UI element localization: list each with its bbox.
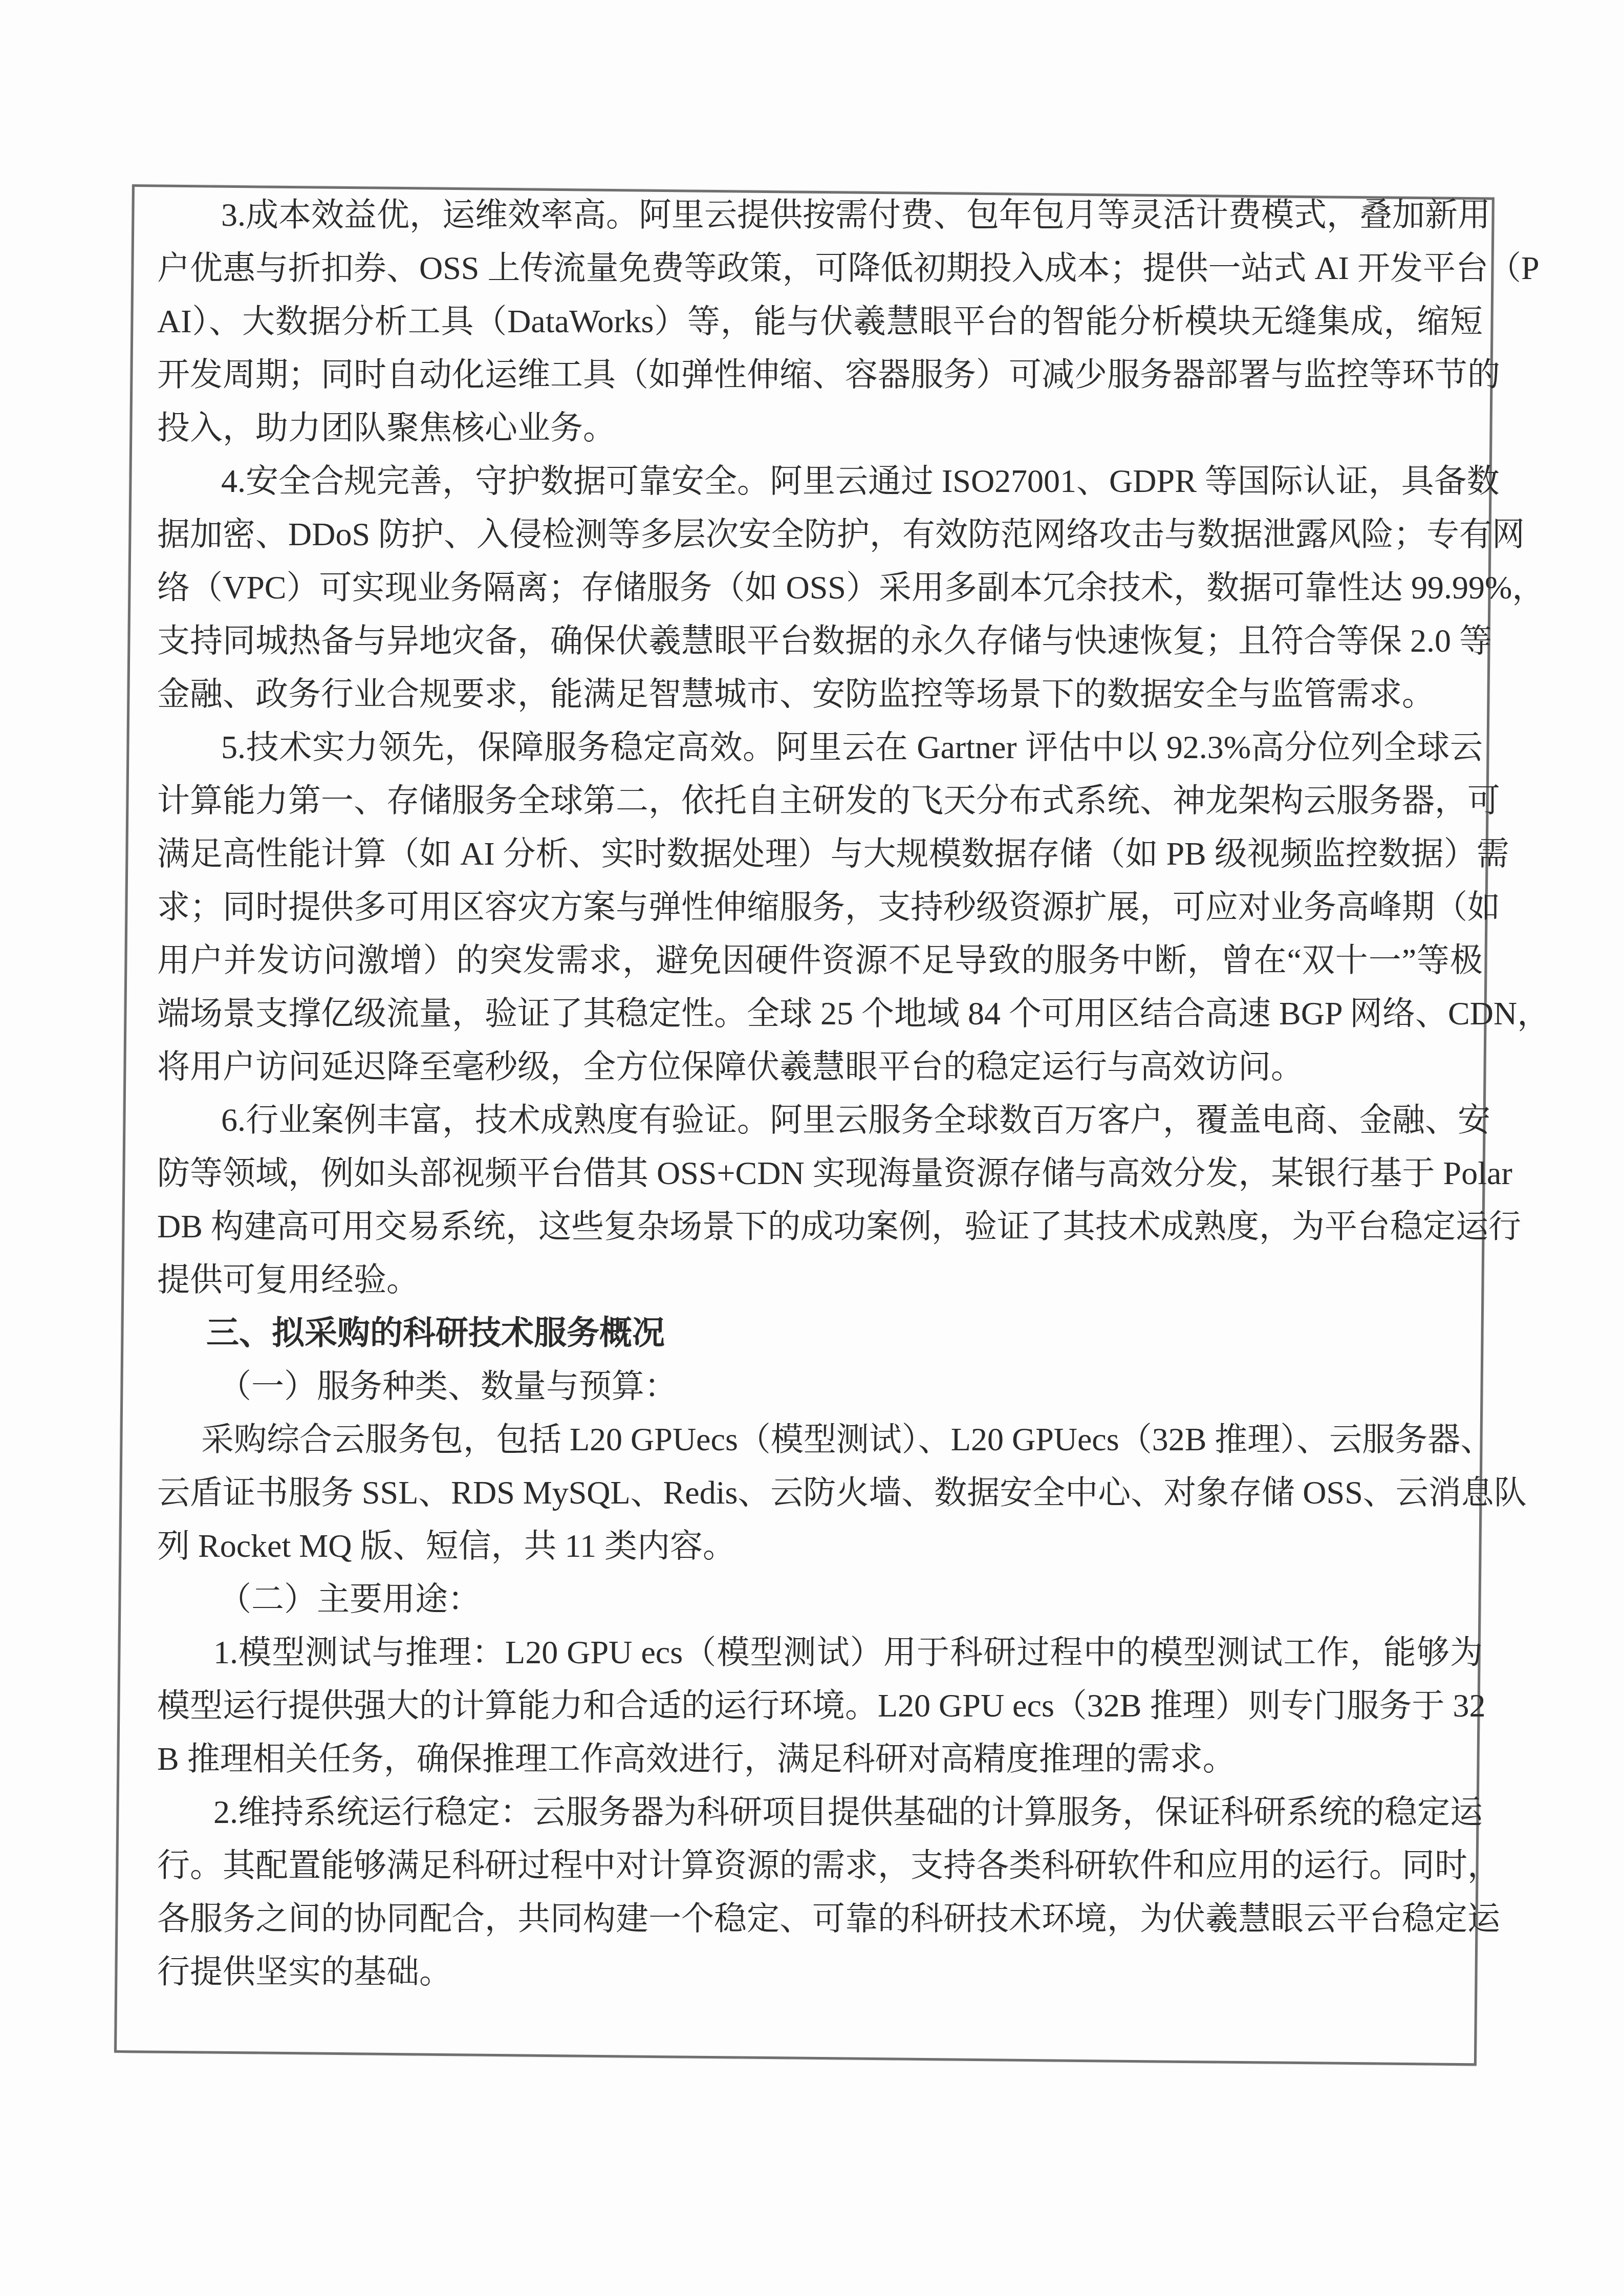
text-line: 2.维持系统运行稳定：云服务器为科研项目提供基础的计算服务，保证科研系统的稳定运 [157, 1786, 1483, 1839]
text-line: 6.行业案例丰富，技术成熟度有验证。阿里云服务全球数百万客户，覆盖电商、金融、安 [157, 1093, 1483, 1147]
text-line: 投入，助力团队聚焦核心业务。 [157, 401, 1483, 455]
paragraph-system-stability: 2.维持系统运行稳定：云服务器为科研项目提供基础的计算服务，保证科研系统的稳定运… [157, 1786, 1483, 1999]
text-line: 列 Rocket MQ 版、短信，共 11 类内容。 [157, 1519, 1483, 1573]
text-line: B 推理相关任务，确保推理工作高效进行，满足科研对高精度推理的需求。 [157, 1732, 1483, 1786]
text-line: 5.技术实力领先，保障服务稳定高效。阿里云在 Gartner 评估中以 92.3… [157, 721, 1483, 774]
text-line: AI）、大数据分析工具（DataWorks）等，能与伏羲慧眼平台的智能分析模块无… [157, 295, 1483, 348]
text-line: 行。其配置能够满足科研过程中对计算资源的需求，支持各类科研软件和应用的运行。同时… [157, 1839, 1483, 1892]
text-line: 支持同城热备与异地灾备，确保伏羲慧眼平台数据的永久存储与快速恢复；且符合等保 2… [157, 614, 1483, 668]
text-line: 采购综合云服务包，包括 L20 GPUecs（模型测试）、L20 GPUecs（… [157, 1413, 1483, 1466]
text-line: 云盾证书服务 SSL、RDS MySQL、Redis、云防火墙、数据安全中心、对… [157, 1466, 1483, 1519]
section-title: 三、拟采购的科研技术服务概况 [157, 1306, 1483, 1360]
paragraph-industry-cases: 6.行业案例丰富，技术成熟度有验证。阿里云服务全球数百万客户，覆盖电商、金融、安… [157, 1093, 1483, 1306]
section-heading: 三、拟采购的科研技术服务概况 [157, 1306, 1483, 1360]
text-line: 端场景支撑亿级流量，验证了其稳定性。全球 25 个地域 84 个可用区结合高速 … [157, 987, 1483, 1040]
text-line: 满足高性能计算（如 AI 分析、实时数据处理）与大规模数据存储（如 PB 级视频… [157, 827, 1483, 881]
text-line: 据加密、DDoS 防护、入侵检测等多层次安全防护，有效防范网络攻击与数据泄露风险… [157, 508, 1483, 561]
text-line: 金融、政务行业合规要求，能满足智慧城市、安防监控等场景下的数据安全与监管需求。 [157, 668, 1483, 721]
text-line: 求；同时提供多可用区容灾方案与弹性伸缩服务，支持秒级资源扩展，可应对业务高峰期（… [157, 881, 1483, 934]
subsection-heading: （一）服务种类、数量与预算： [157, 1360, 1483, 1413]
text-line: 将用户访问延迟降至毫秒级，全方位保障伏羲慧眼平台的稳定运行与高效访问。 [157, 1040, 1483, 1093]
paragraph-service-list: 采购综合云服务包，包括 L20 GPUecs（模型测试）、L20 GPUecs（… [157, 1413, 1483, 1573]
text-line: 各服务之间的协同配合，共同构建一个稳定、可靠的科研技术环境，为伏羲慧眼云平台稳定… [157, 1892, 1483, 1945]
text-line: 提供可复用经验。 [157, 1253, 1483, 1306]
text-line: 计算能力第一、存储服务全球第二，依托自主研发的飞天分布式系统、神龙架构云服务器，… [157, 774, 1483, 827]
text-line: 3.成本效益优，运维效率高。阿里云提供按需付费、包年包月等灵活计费模式，叠加新用 [157, 188, 1483, 242]
text-line: 模型运行提供强大的计算能力和合适的运行环境。L20 GPU ecs（32B 推理… [157, 1679, 1483, 1732]
text-line: 络（VPC）可实现业务隔离；存储服务（如 OSS）采用多副本冗余技术，数据可靠性… [157, 561, 1483, 614]
text-line: 户优惠与折扣券、OSS 上传流量免费等政策，可降低初期投入成本；提供一站式 AI… [157, 242, 1483, 295]
subsection-heading: （二）主要用途： [157, 1573, 1483, 1626]
paragraph-model-testing: 1.模型测试与推理：L20 GPU ecs（模型测试）用于科研过程中的模型测试工… [157, 1626, 1483, 1786]
text-line: DB 构建高可用交易系统，这些复杂场景下的成功案例，验证了其技术成熟度，为平台稳… [157, 1200, 1483, 1253]
text-line: 4.安全合规完善，守护数据可靠安全。阿里云通过 ISO27001、GDPR 等国… [157, 455, 1483, 508]
subsection-title: （二）主要用途： [157, 1573, 1483, 1626]
text-line: 防等领域，例如头部视频平台借其 OSS+CDN 实现海量资源存储与高效分发，某银… [157, 1147, 1483, 1200]
scanned-page: 3.成本效益优，运维效率高。阿里云提供按需付费、包年包月等灵活计费模式，叠加新用… [0, 0, 1624, 2296]
text-line: 用户并发访问激增）的突发需求，避免因硬件资源不足导致的服务中断，曾在“双十一”等… [157, 934, 1483, 987]
subsection-title: （一）服务种类、数量与预算： [157, 1360, 1483, 1413]
text-line: 行提供坚实的基础。 [157, 1945, 1483, 1999]
text-line: 开发周期；同时自动化运维工具（如弹性伸缩、容器服务）可减少服务器部署与监控等环节… [157, 348, 1483, 401]
paragraph-cost-efficiency: 3.成本效益优，运维效率高。阿里云提供按需付费、包年包月等灵活计费模式，叠加新用… [157, 188, 1483, 455]
paragraph-technical-strength: 5.技术实力领先，保障服务稳定高效。阿里云在 Gartner 评估中以 92.3… [157, 721, 1483, 1093]
document-body: 3.成本效益优，运维效率高。阿里云提供按需付费、包年包月等灵活计费模式，叠加新用… [157, 188, 1483, 1999]
paragraph-security-compliance: 4.安全合规完善，守护数据可靠安全。阿里云通过 ISO27001、GDPR 等国… [157, 455, 1483, 721]
text-line: 1.模型测试与推理：L20 GPU ecs（模型测试）用于科研过程中的模型测试工… [157, 1626, 1483, 1679]
